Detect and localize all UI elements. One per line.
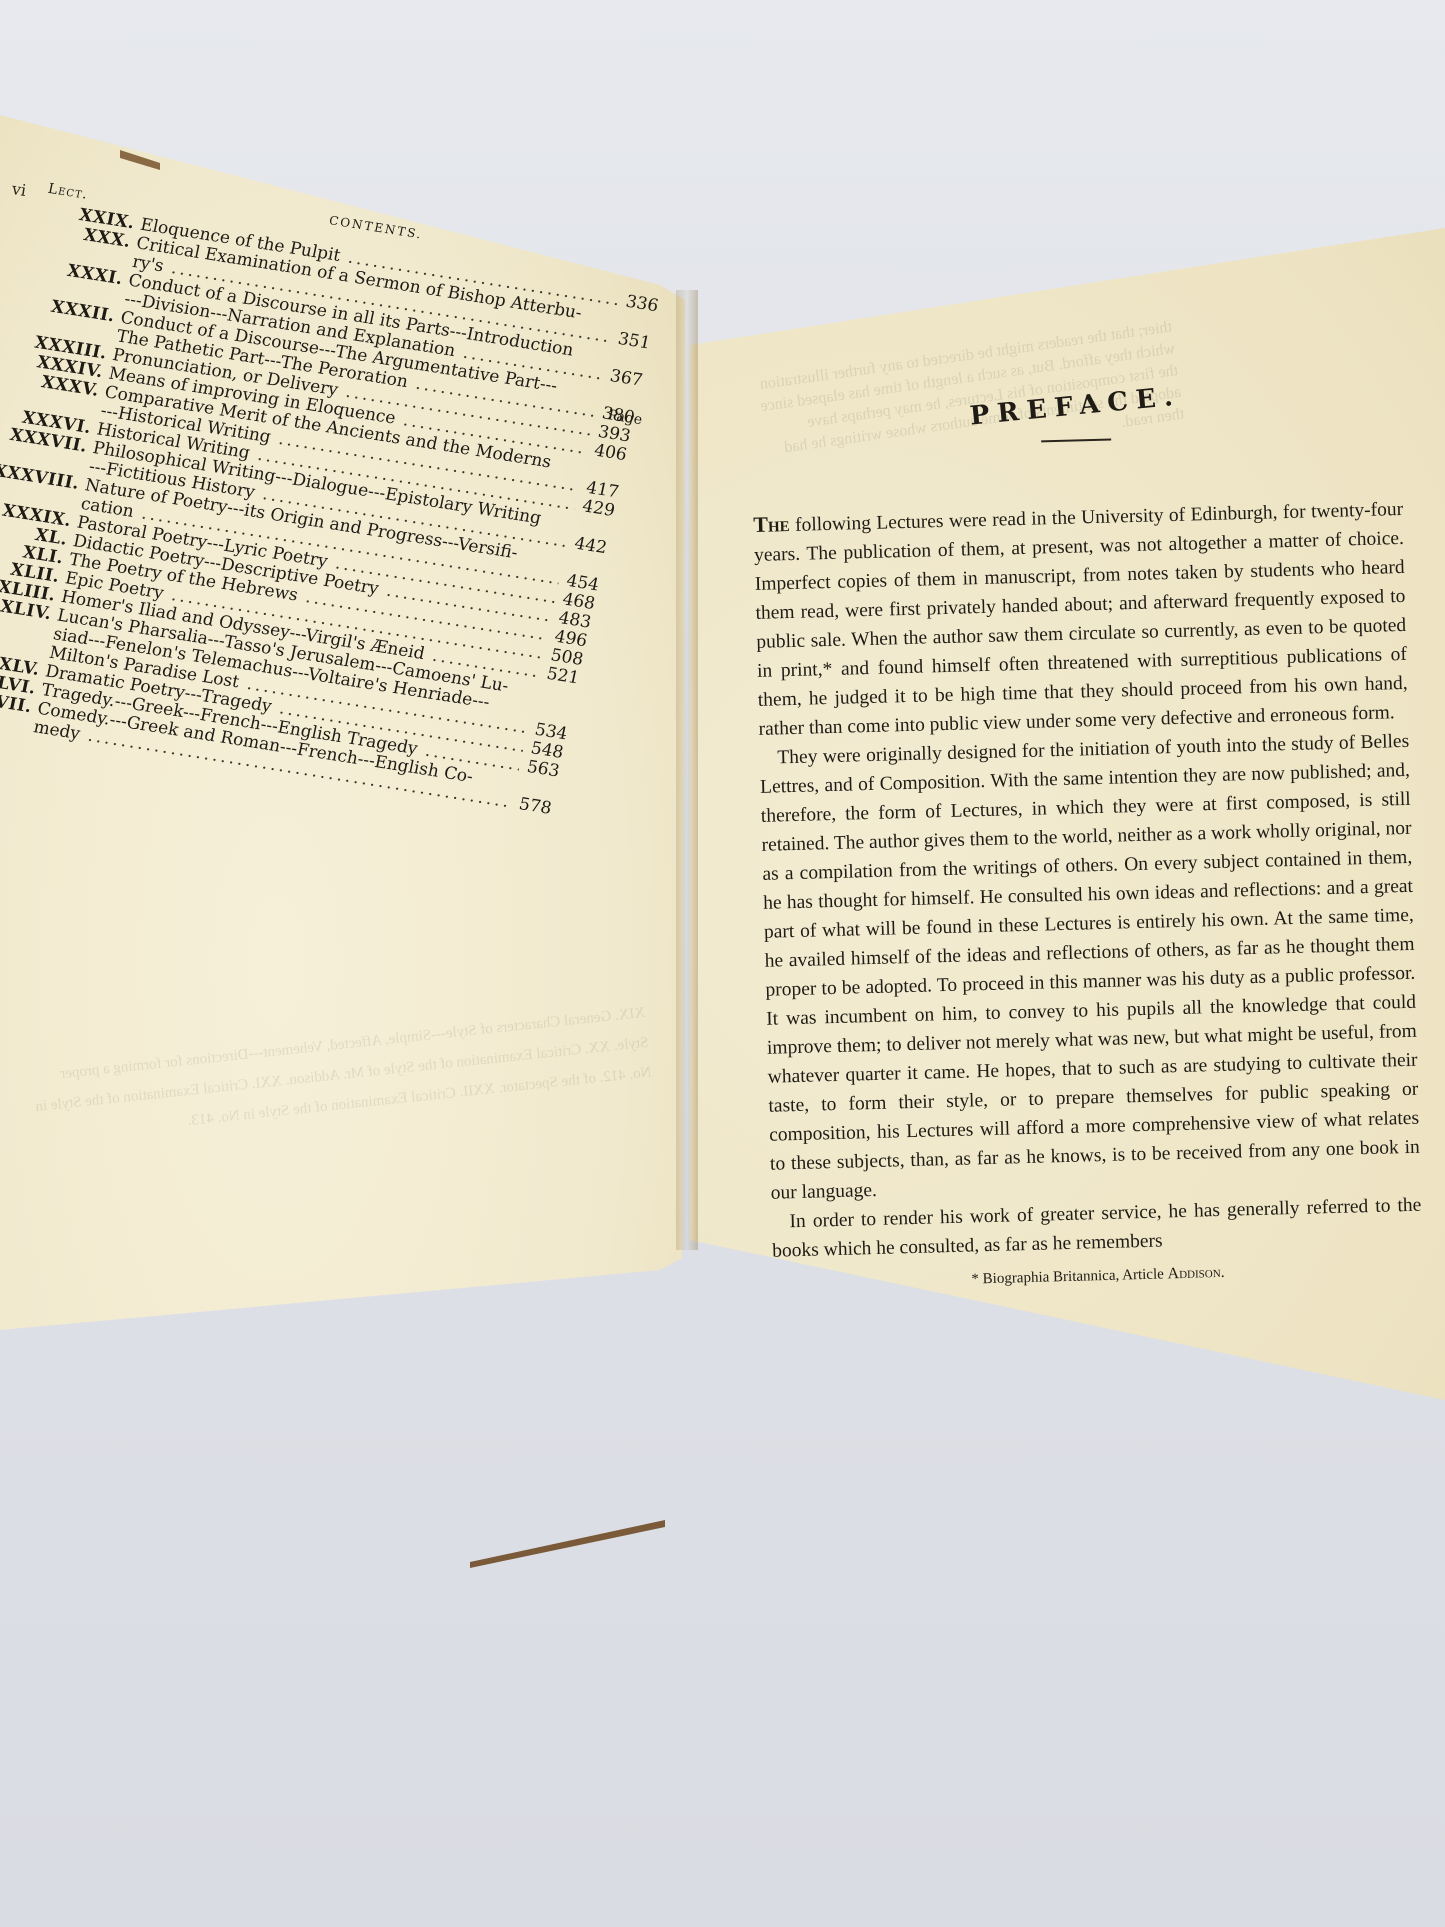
folio-number: vi (11, 179, 28, 200)
contents-page: CONTENTS. Lect. Page XXIX.Eloquence of t… (0, 178, 664, 819)
paragraph-text: In order to render his work of greater s… (772, 1195, 1422, 1262)
table-of-contents: XXIX.Eloquence of the Pulpit ...........… (0, 198, 660, 819)
preface-body: The following Lectures were read in the … (753, 493, 1423, 1266)
footnote-smallcaps: Addison. (1167, 1264, 1225, 1282)
paragraph-text: They were originally designed for the in… (760, 731, 1420, 1204)
preface-page: PREFACE. The following Lectures were rea… (750, 383, 1423, 1294)
footnote-marker: * (971, 1271, 979, 1287)
initial-word: The (753, 511, 790, 537)
preface-paragraph: They were originally designed for the in… (759, 727, 1421, 1208)
paragraph-text: following Lectures were read in the Univ… (754, 499, 1408, 740)
photo-scene: thier; that the readers might be directe… (0, 0, 1445, 1927)
title-rule (1041, 439, 1111, 443)
book-gutter (676, 290, 698, 1250)
preface-paragraph: The following Lectures were read in the … (753, 493, 1409, 744)
footnote-text: Biographia Britannica, Article (982, 1266, 1164, 1287)
